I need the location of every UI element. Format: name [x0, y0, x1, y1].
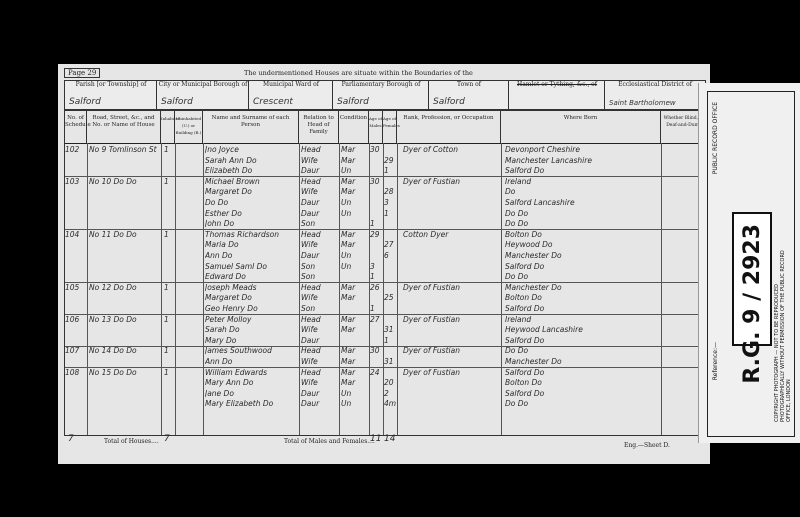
- header-label: City or Municipal Borough of: [157, 81, 249, 88]
- table-row: Margaret DoWifeMar25Bolton Do: [65, 293, 707, 304]
- table-row: Jane DoDaurUn2Salford Do: [65, 389, 707, 400]
- condition-cell: Mar: [341, 230, 369, 239]
- birthplace-cell: Salford Do: [505, 304, 661, 313]
- inhabited-cell: 1: [164, 177, 174, 186]
- col-where-born: Where Born: [501, 111, 661, 143]
- table-row: John DoSon1Do Do: [65, 219, 707, 230]
- relation-cell: Head: [301, 346, 339, 355]
- office-label: PUBLIC RECORD OFFICE: [712, 102, 719, 174]
- page-title: The undermentioned Houses are situate wi…: [244, 69, 473, 77]
- relation-cell: Daur: [301, 399, 339, 408]
- condition-cell: Mar: [341, 368, 369, 377]
- age-male-cell: 1: [370, 272, 383, 281]
- condition-cell: Mar: [341, 177, 369, 186]
- reference-number: R.G. 9 / 2923: [740, 224, 765, 384]
- total-persons-label: Total of Males and Females....: [284, 438, 375, 445]
- name-cell: Mary Do: [205, 336, 299, 345]
- header-box-hamlet: Hamlet or Tything, &c., of: [508, 80, 606, 110]
- birthplace-cell: Salford Lancashire: [505, 198, 661, 207]
- col-occupation: Rank, Profession, or Occupation: [397, 111, 501, 143]
- houses-count: 7: [68, 434, 74, 444]
- total-males: 11: [370, 434, 381, 444]
- occupation-cell: Cotton Dyer: [403, 230, 501, 239]
- table-row: Geo Henry DoSon1Salford Do: [65, 304, 707, 315]
- condition-cell: Mar: [341, 378, 369, 387]
- name-cell: Maria Do: [205, 240, 299, 249]
- condition-cell: Un: [341, 198, 369, 207]
- col-relation: Relation to Head of Family: [299, 111, 339, 143]
- page-number: Page 29: [64, 68, 100, 78]
- table-row: 104No 11 Do Do1Thomas RichardsonHeadMar2…: [65, 230, 707, 241]
- birthplace-cell: Bolton Do: [505, 230, 661, 239]
- relation-cell: Head: [301, 368, 339, 377]
- birthplace-cell: Ireland: [505, 315, 661, 324]
- name-cell: Edward Do: [205, 272, 299, 281]
- table-row: Sarah DoWifeMar31Heywood Lancashire: [65, 325, 707, 336]
- address-cell: No 13 Do Do: [89, 315, 161, 324]
- relation-cell: Wife: [301, 156, 339, 165]
- name-cell: Elizabeth Do: [205, 166, 299, 175]
- age-female-cell: 31: [384, 357, 397, 366]
- relation-cell: Wife: [301, 240, 339, 249]
- name-cell: William Edwards: [205, 368, 299, 377]
- relation-cell: Daur: [301, 251, 339, 260]
- address-cell: No 11 Do Do: [89, 230, 161, 239]
- header-box-ward: Municipal Ward of Crescent: [248, 80, 334, 110]
- table-row: Mary Elizabeth DoDaurUn4mDo Do: [65, 399, 707, 410]
- name-cell: John Do: [205, 219, 299, 228]
- age-female-cell: 1: [384, 336, 397, 345]
- name-cell: James Southwood: [205, 346, 299, 355]
- condition-cell: Mar: [341, 283, 369, 292]
- name-cell: Jane Do: [205, 389, 299, 398]
- total-houses-label: Total of Houses....: [104, 438, 159, 445]
- condition-cell: Mar: [341, 187, 369, 196]
- name-cell: Ann Do: [205, 357, 299, 366]
- sheet-label: Eng.—Sheet D.: [624, 442, 670, 449]
- tab-frame: PUBLIC RECORD OFFICE Reference:— R.G. 9 …: [707, 91, 795, 437]
- col-schedule: No. of Schedule: [65, 111, 87, 143]
- age-male-cell: 1: [370, 304, 383, 313]
- relation-cell: Son: [301, 304, 339, 313]
- condition-cell: Un: [341, 209, 369, 218]
- header-label: Municipal Ward of: [249, 81, 333, 88]
- table-row: Ann DoDaurUn6Manchester Do: [65, 251, 707, 262]
- header-label: Hamlet or Tything, &c., of: [509, 81, 605, 88]
- relation-cell: Wife: [301, 357, 339, 366]
- birthplace-cell: Do: [505, 187, 661, 196]
- occupation-cell: Dyer of Cotton: [403, 145, 501, 154]
- header-value: Salford: [433, 97, 505, 107]
- birthplace-cell: Heywood Lancashire: [505, 325, 661, 334]
- table-row: Esther DoDaurUn1Do Do: [65, 209, 707, 220]
- table-row: Mary Ann DoWifeMar20Bolton Do: [65, 378, 707, 389]
- relation-cell: Head: [301, 145, 339, 154]
- header-box-borough: City or Municipal Borough of Salford: [156, 80, 250, 110]
- reference-label: Reference:—: [712, 342, 719, 380]
- relation-cell: Son: [301, 262, 339, 271]
- birthplace-cell: Do Do: [505, 399, 661, 408]
- schedule-cell: 102: [65, 145, 87, 154]
- relation-cell: Wife: [301, 325, 339, 334]
- name-cell: Thomas Richardson: [205, 230, 299, 239]
- name-cell: Mary Ann Do: [205, 378, 299, 387]
- age-male-cell: 24: [370, 368, 383, 377]
- age-female-cell: 31: [384, 325, 397, 334]
- birthplace-cell: Manchester Lancashire: [505, 156, 661, 165]
- name-cell: Esther Do: [205, 209, 299, 218]
- occupation-cell: Dyer of Fustian: [403, 346, 501, 355]
- birthplace-cell: Bolton Do: [505, 293, 661, 302]
- name-cell: Geo Henry Do: [205, 304, 299, 313]
- birthplace-cell: Devonport Cheshire: [505, 145, 661, 154]
- table-row: 102No 9 Tomlinson St1Jno JoyceHeadMar30D…: [65, 145, 707, 156]
- birthplace-cell: Do Do: [505, 219, 661, 228]
- col-name: Name and Surname of each Person: [203, 111, 299, 143]
- total-females: 14: [384, 434, 395, 444]
- inhabited-cell: 1: [164, 283, 174, 292]
- header-value: Saint Bartholomew: [609, 99, 701, 107]
- name-cell: Margaret Do: [205, 187, 299, 196]
- age-male-cell: 29: [370, 230, 383, 239]
- total-houses-value: 7: [164, 434, 170, 444]
- address-cell: No 12 Do Do: [89, 283, 161, 292]
- table-row: Do DoDaurUn3Salford Lancashire: [65, 198, 707, 209]
- relation-cell: Daur: [301, 209, 339, 218]
- table-row: Edward DoSon1Do Do: [65, 272, 707, 283]
- census-table: No. of Schedule Road, Street, &c., and N…: [64, 110, 708, 436]
- inhabited-cell: 1: [164, 145, 174, 154]
- birthplace-cell: Heywood Do: [505, 240, 661, 249]
- table-row: Maria DoWifeMar27Heywood Do: [65, 240, 707, 251]
- totals-row: 7 Total of Houses.... 7 Total of Males a…: [64, 436, 706, 450]
- relation-cell: Wife: [301, 293, 339, 302]
- age-female-cell: 3: [384, 198, 397, 207]
- header-value: Salford: [69, 97, 153, 107]
- name-cell: Peter Molloy: [205, 315, 299, 324]
- condition-cell: Un: [341, 389, 369, 398]
- condition-cell: Mar: [341, 240, 369, 249]
- schedule-cell: 108: [65, 368, 87, 377]
- relation-cell: Head: [301, 230, 339, 239]
- condition-cell: Mar: [341, 293, 369, 302]
- name-cell: Joseph Meads: [205, 283, 299, 292]
- header-label: Parliamentary Borough of: [333, 81, 429, 88]
- col-age-males: Age of Males: [369, 111, 383, 143]
- age-male-cell: 30: [370, 145, 383, 154]
- age-female-cell: 2: [384, 389, 397, 398]
- schedule-cell: 104: [65, 230, 87, 239]
- condition-cell: Un: [341, 166, 369, 175]
- schedule-cell: 107: [65, 346, 87, 355]
- relation-cell: Son: [301, 272, 339, 281]
- birthplace-cell: Do Do: [505, 209, 661, 218]
- name-cell: Sarah Ann Do: [205, 156, 299, 165]
- birthplace-cell: Do Do: [505, 346, 661, 355]
- age-male-cell: 30: [370, 177, 383, 186]
- age-male-cell: 30: [370, 346, 383, 355]
- age-female-cell: 1: [384, 209, 397, 218]
- col-address: Road, Street, &c., and No. or Name of Ho…: [87, 111, 161, 143]
- age-female-cell: 4m: [384, 399, 397, 408]
- table-row: Mary DoDaur1Salford Do: [65, 336, 707, 347]
- inhabited-cell: 1: [164, 346, 174, 355]
- schedule-cell: 105: [65, 283, 87, 292]
- name-cell: Jno Joyce: [205, 145, 299, 154]
- occupation-cell: Dyer of Fustian: [403, 315, 501, 324]
- table-row: 106No 13 Do Do1Peter MolloyHeadMar27Dyer…: [65, 315, 707, 326]
- name-cell: Michael Brown: [205, 177, 299, 186]
- age-female-cell: 20: [384, 378, 397, 387]
- relation-cell: Son: [301, 219, 339, 228]
- condition-cell: Un: [341, 251, 369, 260]
- birthplace-cell: Manchester Do: [505, 251, 661, 260]
- condition-cell: Mar: [341, 325, 369, 334]
- age-male-cell: 27: [370, 315, 383, 324]
- birthplace-cell: Manchester Do: [505, 357, 661, 366]
- table-row: Ann DoWifeMar31Manchester Do: [65, 357, 707, 368]
- age-female-cell: 1: [384, 166, 397, 175]
- inhabited-cell: 1: [164, 230, 174, 239]
- inhabited-cell: 1: [164, 315, 174, 324]
- birthplace-cell: Salford Do: [505, 262, 661, 271]
- birthplace-cell: Ireland: [505, 177, 661, 186]
- census-page: Page 29 The undermentioned Houses are si…: [58, 64, 710, 464]
- occupation-cell: Dyer of Fustian: [403, 368, 501, 377]
- name-cell: Ann Do: [205, 251, 299, 260]
- age-female-cell: 27: [384, 240, 397, 249]
- col-uninhabited: Uninhabited (U.) or Building (B.): [175, 111, 203, 143]
- table-row: 103No 10 Do Do1Michael BrownHeadMar30Dye…: [65, 177, 707, 188]
- header-box-town: Town of Salford: [428, 80, 510, 110]
- relation-cell: Daur: [301, 389, 339, 398]
- table-row: Sarah Ann DoWifeMar29Manchester Lancashi…: [65, 156, 707, 167]
- relation-cell: Head: [301, 315, 339, 324]
- age-female-cell: 6: [384, 251, 397, 260]
- name-cell: Margaret Do: [205, 293, 299, 302]
- birthplace-cell: Salford Do: [505, 336, 661, 345]
- condition-cell: Mar: [341, 357, 369, 366]
- condition-cell: Mar: [341, 145, 369, 154]
- header-value: Salford: [337, 97, 425, 107]
- header-box-ecclesiastical: Ecclesiastical District of Saint Barthol…: [604, 80, 706, 110]
- condition-cell: Mar: [341, 346, 369, 355]
- header-box-parliamentary: Parliamentary Borough of Salford: [332, 80, 430, 110]
- table-row: Margaret DoWifeMar28Do: [65, 187, 707, 198]
- birthplace-cell: Salford Do: [505, 368, 661, 377]
- occupation-cell: Dyer of Fustian: [403, 177, 501, 186]
- table-row: Elizabeth DoDaurUn1Salford Do: [65, 166, 707, 177]
- relation-cell: Wife: [301, 187, 339, 196]
- birthplace-cell: Do Do: [505, 272, 661, 281]
- age-male-cell: 26: [370, 283, 383, 292]
- col-inhabited: Inhabited: [161, 111, 175, 143]
- relation-cell: Daur: [301, 198, 339, 207]
- relation-cell: Daur: [301, 336, 339, 345]
- name-cell: Samuel Saml Do: [205, 262, 299, 271]
- copyright-notice: COPYRIGHT PHOTOGRAPH — NOT TO BE REPRODU…: [774, 242, 792, 422]
- table-row: 107No 14 Do Do1James SouthwoodHeadMar30D…: [65, 346, 707, 357]
- birthplace-cell: Manchester Do: [505, 283, 661, 292]
- relation-cell: Head: [301, 177, 339, 186]
- table-row: Samuel Saml DoSonUn3Salford Do: [65, 262, 707, 273]
- age-male-cell: 1: [370, 219, 383, 228]
- schedule-cell: 103: [65, 177, 87, 186]
- table-row: 105No 12 Do Do1Joseph MeadsHeadMar26Dyer…: [65, 283, 707, 294]
- col-age-females: Age of Females: [383, 111, 397, 143]
- header-label: Parish [or Township] of: [65, 81, 157, 88]
- birthplace-cell: Salford Do: [505, 166, 661, 175]
- header-label: Ecclesiastical District of: [605, 81, 705, 88]
- address-cell: No 9 Tomlinson St: [89, 145, 161, 154]
- inhabited-cell: 1: [164, 368, 174, 377]
- record-office-tab: PUBLIC RECORD OFFICE Reference:— R.G. 9 …: [698, 83, 800, 443]
- header-box-parish: Parish [or Township] of Salford: [64, 80, 158, 110]
- age-female-cell: 28: [384, 187, 397, 196]
- name-cell: Sarah Do: [205, 325, 299, 334]
- relation-cell: Head: [301, 283, 339, 292]
- birthplace-cell: Salford Do: [505, 389, 661, 398]
- header-value: Salford: [161, 97, 245, 107]
- relation-cell: Daur: [301, 166, 339, 175]
- address-cell: No 14 Do Do: [89, 346, 161, 355]
- header-label: Town of: [429, 81, 509, 88]
- age-female-cell: 25: [384, 293, 397, 302]
- header-value: Crescent: [253, 97, 329, 107]
- age-female-cell: 29: [384, 156, 397, 165]
- condition-cell: Mar: [341, 156, 369, 165]
- reference-box: R.G. 9 / 2923: [732, 212, 772, 346]
- condition-cell: Un: [341, 399, 369, 408]
- table-row: 108No 15 Do Do1William EdwardsHeadMar24D…: [65, 368, 707, 379]
- name-cell: Mary Elizabeth Do: [205, 399, 299, 408]
- name-cell: Do Do: [205, 198, 299, 207]
- age-male-cell: 3: [370, 262, 383, 271]
- condition-cell: Un: [341, 262, 369, 271]
- address-cell: No 10 Do Do: [89, 177, 161, 186]
- condition-cell: Mar: [341, 315, 369, 324]
- birthplace-cell: Bolton Do: [505, 378, 661, 387]
- page-top-row: Page 29 The undermentioned Houses are si…: [64, 68, 702, 80]
- occupation-cell: Dyer of Fustian: [403, 283, 501, 292]
- schedule-cell: 106: [65, 315, 87, 324]
- col-condition: Condition: [339, 111, 369, 143]
- address-cell: No 15 Do Do: [89, 368, 161, 377]
- relation-cell: Wife: [301, 378, 339, 387]
